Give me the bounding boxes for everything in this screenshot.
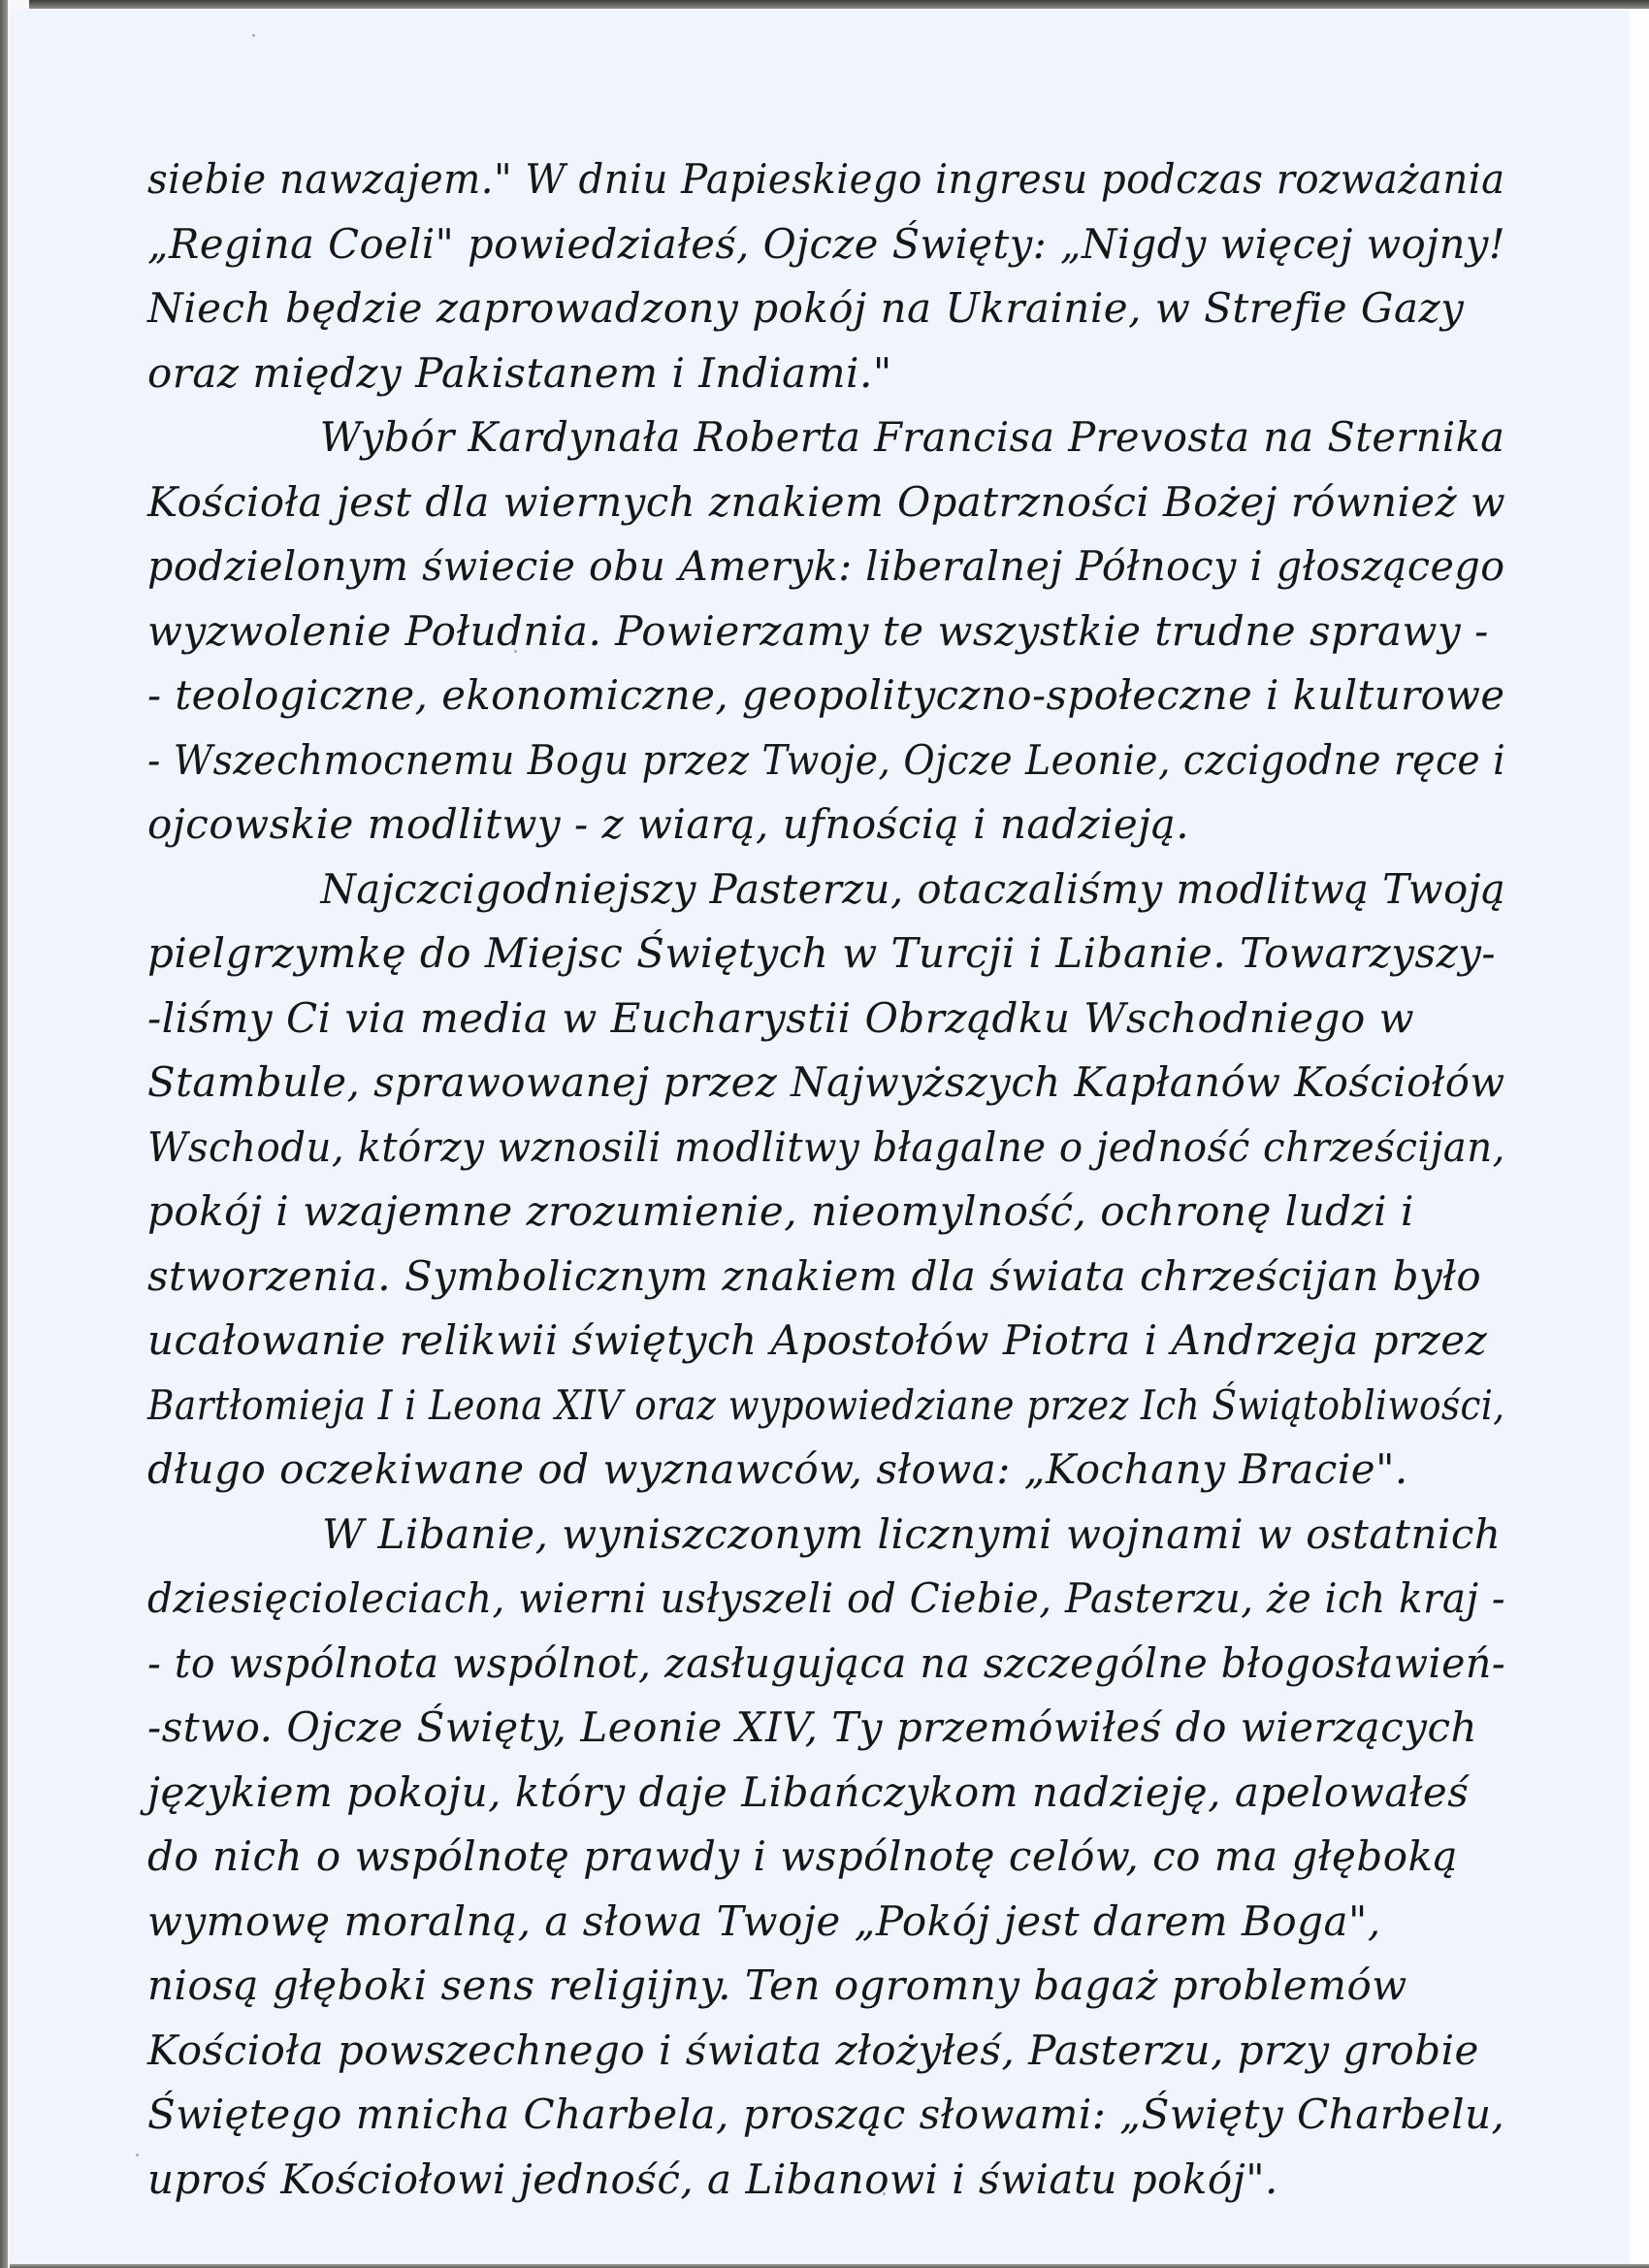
paragraph-first-line: Najczcigodniejszy Pasterzu, otaczaliśmy … — [147, 858, 1494, 923]
text-line: -liśmy Ci via media w Eucharystii Obrząd… — [147, 987, 1505, 1052]
text-line: „Regina Coeli" powiedziałeś, Ojcze Święt… — [147, 212, 1492, 277]
text-line: stworzenia. Symbolicznym znakiem dla świ… — [147, 1245, 1505, 1310]
text-line: - teologiczne, ekonomiczne, geopolityczn… — [147, 664, 1496, 729]
text-line: Stambule, sprawowanej przez Najwyższych … — [147, 1051, 1498, 1116]
text-line: Niech będzie zaprowadzony pokój na Ukrai… — [147, 276, 1505, 341]
text-line: uproś Kościołowi jedność, a Libanowi i ś… — [147, 2148, 1505, 2213]
text-line: -stwo. Ojcze Święty, Leonie XIV, Ty prze… — [147, 1696, 1505, 1761]
text-line: wymowę moralną, a słowa Twoje „Pokój jes… — [147, 1890, 1505, 1955]
paragraph-first-line: Wybór Kardynała Roberta Francisa Prevost… — [147, 405, 1488, 470]
text-line: ojcowskie modlitwy - z wiarą, ufnością i… — [147, 793, 1505, 858]
scan-border-left — [0, 0, 8, 2268]
text-line: - to wspólnota wspólnot, zasługująca na … — [147, 1632, 1475, 1697]
text-line: podzielonym świecie obu Ameryk: liberaln… — [147, 535, 1481, 599]
text-line: dziesięcioleciach, wierni usłyszeli od C… — [147, 1567, 1457, 1632]
text-line: Świętego mnicha Charbela, prosząc słowam… — [147, 2083, 1505, 2148]
paragraph-first-line: W Libanie, wyniszczonym licznymi wojnami… — [147, 1503, 1505, 1568]
text-line: Kościoła jest dla wiernych znakiem Opatr… — [147, 470, 1498, 535]
text-line: - Wszechmocnemu Bogu przez Twoje, Ojcze … — [147, 729, 1418, 794]
text-line: długo oczekiwane od wyznawców, słowa: „K… — [147, 1438, 1505, 1503]
text-line: Wschodu, którzy wznosili modlitwy błagal… — [147, 1116, 1449, 1181]
scan-speck — [136, 2154, 139, 2156]
text-line: wyzwolenie Południa. Powierzamy te wszys… — [147, 599, 1505, 664]
text-line: siebie nawzajem." W dniu Papieskiego ing… — [147, 147, 1449, 212]
text-line: Bartłomieja I i Leona XIV oraz wypowiedz… — [147, 1374, 1355, 1439]
text-line: językiem pokoju, który daje Libańczykom … — [147, 1761, 1505, 1826]
letter-body: siebie nawzajem." W dniu Papieskiego ing… — [147, 147, 1505, 2212]
text-line: oraz między Pakistanem i Indiami." — [147, 341, 1505, 406]
text-line: Kościoła powszechnego i świata złożyłeś,… — [147, 2019, 1505, 2084]
text-line: do nich o wspólnotę prawdy i wspólnotę c… — [147, 1825, 1505, 1890]
scan-border-bottom — [10, 2264, 1649, 2268]
text-line: ucałowanie relikwii świętych Apostołów P… — [147, 1309, 1505, 1374]
scan-border-right — [1630, 10, 1649, 2268]
text-line: pokój i wzajemne zrozumienie, nieomylnoś… — [147, 1180, 1505, 1245]
scan-border-top — [29, 0, 1649, 9]
text-line: niosą głęboki sens religijny. Ten ogromn… — [147, 1954, 1505, 2019]
scan-speck — [252, 34, 255, 37]
text-line: pielgrzymkę do Miejsc Świętych w Turcji … — [147, 922, 1505, 987]
